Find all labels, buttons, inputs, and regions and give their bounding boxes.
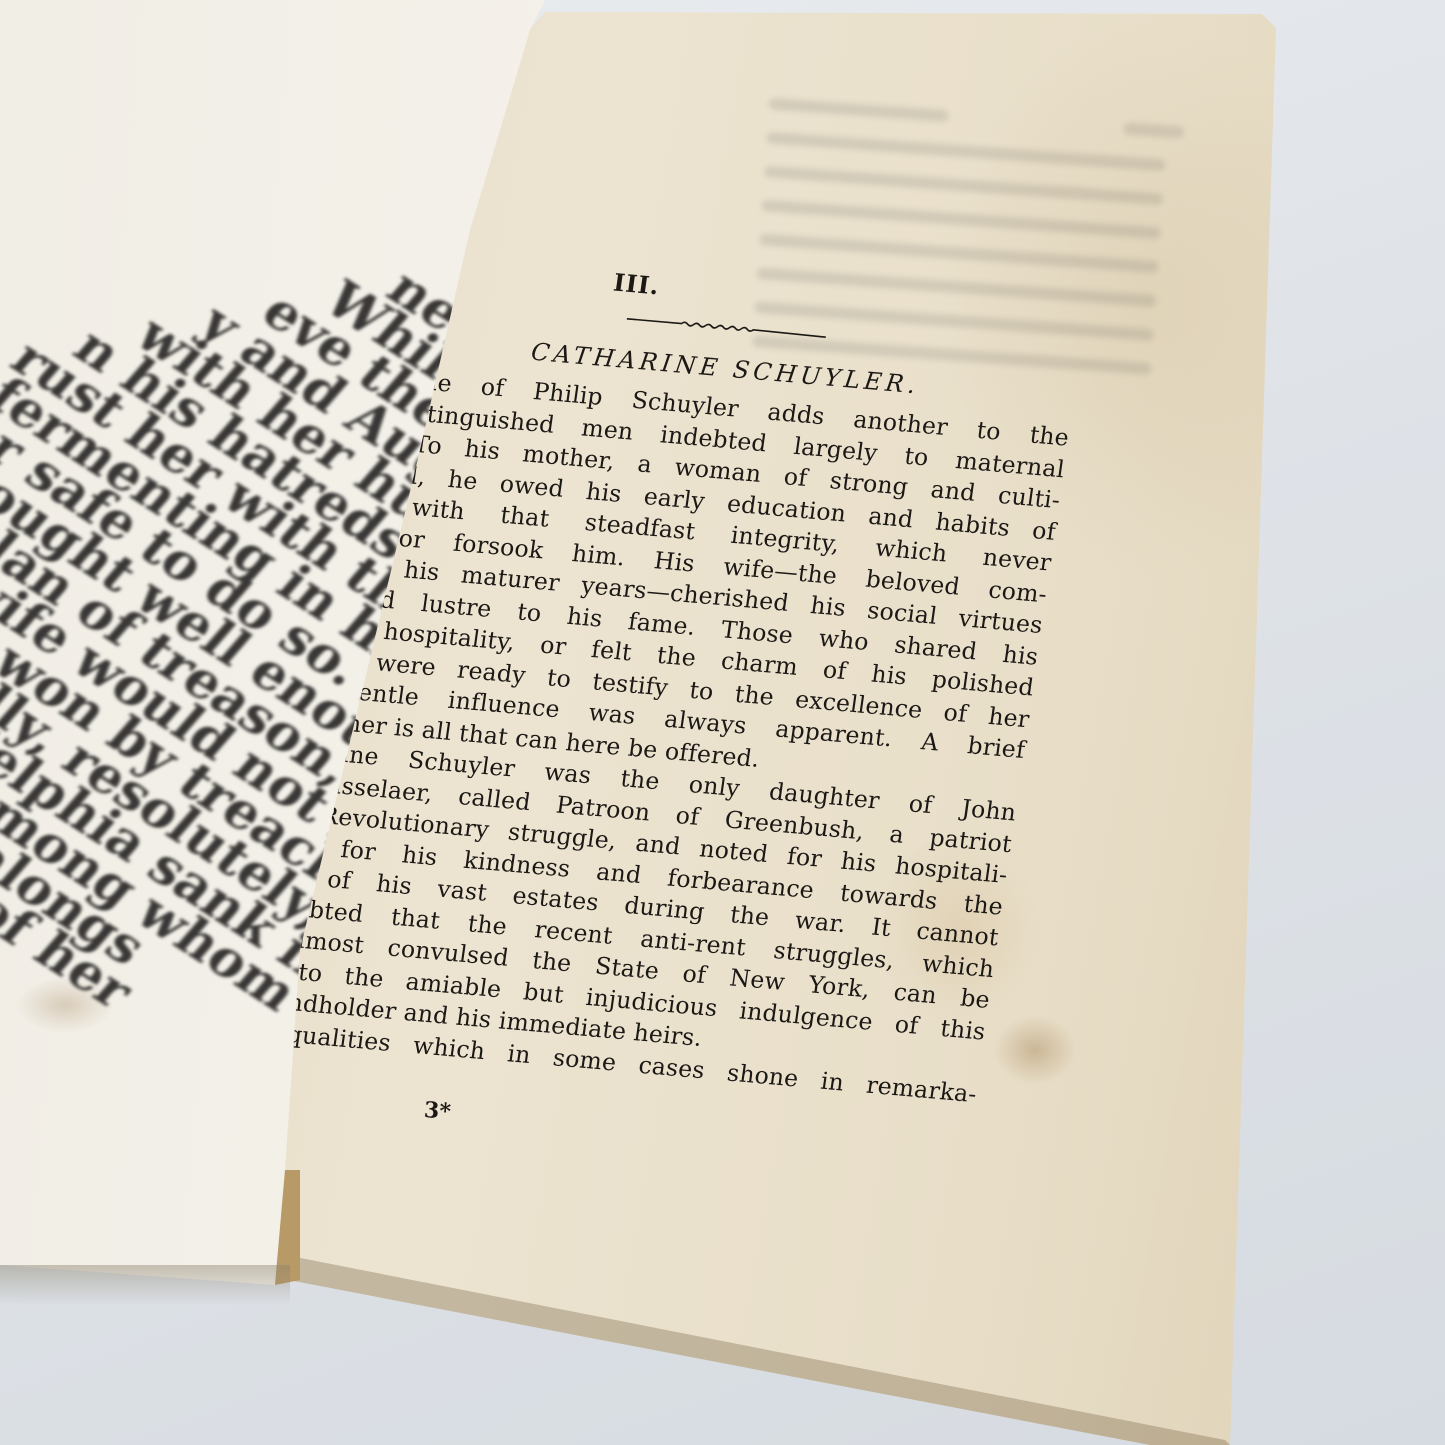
ornamental-divider-icon [626, 314, 827, 341]
signature-mark: 3* [423, 1097, 452, 1125]
book-photo: III. CATHARINE SCHUYLER. The name of Phi… [0, 0, 1445, 1445]
left-page-shadow [0, 1265, 290, 1305]
